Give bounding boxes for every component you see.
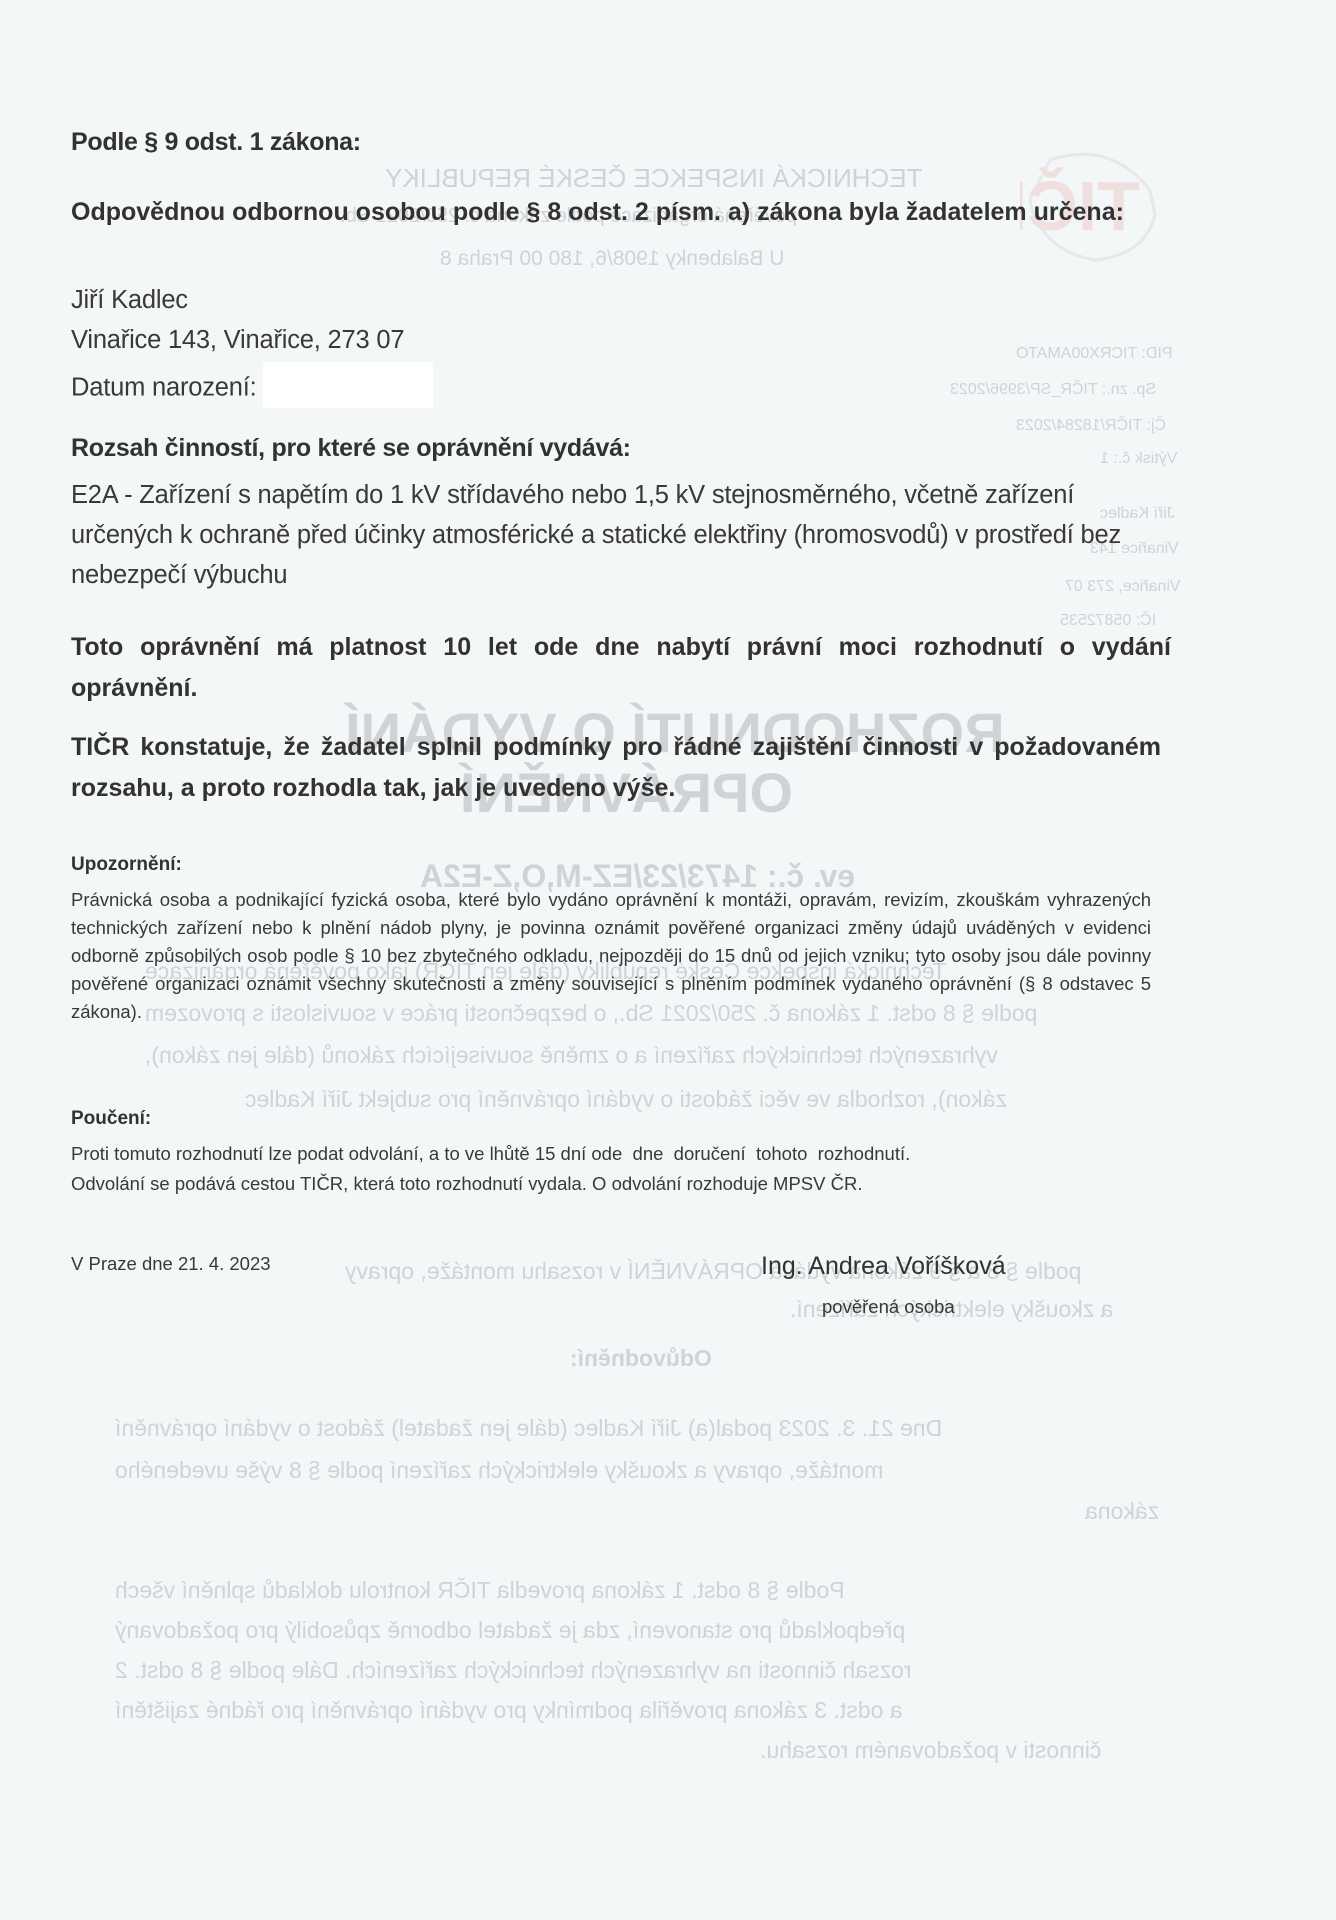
responsible-person-heading: Odpovědnou odbornou osobou podle § 8 ods… bbox=[71, 192, 1181, 233]
place-date: V Praze dne 21. 4. 2023 bbox=[71, 1250, 271, 1278]
ghost-org-name: TECHNICKÁ INSPEKCE ČESKÉ REPUBLIKY bbox=[385, 163, 922, 194]
instruction-heading: Poučení: bbox=[71, 1108, 151, 1130]
ghost-reasoning-line: Dne 21. 3. 2023 podal(a) Jiří Kadlec (dá… bbox=[115, 1415, 942, 1442]
instruction-line: Odvolání se podává cestou TIČR, která to… bbox=[71, 1170, 1171, 1198]
conclusion-text: TIČR konstatuje, že žadatel splnil podmí… bbox=[71, 727, 1161, 809]
person-address: Vinařice 143, Vinařice, 273 07 bbox=[71, 326, 404, 355]
birth-date-row: Datum narození: bbox=[71, 366, 433, 412]
scope-heading: Rozsah činností, pro které se oprávnění … bbox=[71, 434, 631, 463]
signatory-role: pověřená osoba bbox=[822, 1293, 955, 1321]
instruction-line: Proti tomuto rozhodnutí lze podat odvolá… bbox=[71, 1140, 1171, 1168]
ghost-ref-line: Výtisk č.: 1 bbox=[1100, 450, 1177, 468]
ghost-reasoning-line: předpokladů pro stanovení, zda je žadate… bbox=[115, 1617, 905, 1644]
ghost-ref-line: Sp. zn.: TIČR_SP/3996/2023 bbox=[950, 381, 1156, 399]
ghost-ref-line: Čj: TIČR/18284/2023 bbox=[1016, 417, 1166, 435]
birth-date-label: Datum narození: bbox=[71, 374, 257, 402]
ghost-body-line: zákon), rozhodla ve věci žádosti o vydán… bbox=[245, 1086, 1007, 1113]
ghost-org-address: U Balabenky 1908/6, 180 00 Praha 8 bbox=[440, 247, 784, 271]
ghost-reasoning-line: Podle § 8 odst. 1 zákona provedla TIČR k… bbox=[115, 1577, 845, 1604]
birth-date-redaction bbox=[263, 362, 433, 408]
ghost-reasoning-line: činnosti v požadovaném rozsahu. bbox=[760, 1737, 1101, 1764]
signatory-name: Ing. Andrea Voříšková bbox=[761, 1252, 1006, 1281]
ghost-reasoning-heading: Odůvodnění: bbox=[570, 1345, 712, 1372]
legal-basis-heading: Podle § 9 odst. 1 zákona: bbox=[71, 128, 361, 157]
validity-text: Toto oprávnění má platnost 10 let ode dn… bbox=[71, 627, 1171, 709]
ghost-reasoning-line: zákona bbox=[1085, 1498, 1159, 1525]
scope-text: E2A - Zařízení s napětím do 1 kV střídav… bbox=[71, 475, 1151, 595]
ghost-ref-line: PID: TICRX00AMATO bbox=[1016, 345, 1172, 363]
ghost-reasoning-line: rozsah činnosti na vyhrazených technický… bbox=[115, 1657, 912, 1684]
person-name: Jiří Kadlec bbox=[71, 286, 188, 315]
ghost-reasoning-line: a odst. 3 zákona prověřila podmínky pro … bbox=[115, 1697, 903, 1724]
ghost-body-line: vyhrazených technických zařízení a o změ… bbox=[145, 1042, 998, 1069]
notice-heading: Upozornění: bbox=[71, 854, 182, 876]
ghost-reasoning-line: montáže, opravy a zkoušky elektrických z… bbox=[115, 1457, 883, 1484]
notice-text: Právnická osoba a podnikající fyzická os… bbox=[71, 886, 1151, 1026]
